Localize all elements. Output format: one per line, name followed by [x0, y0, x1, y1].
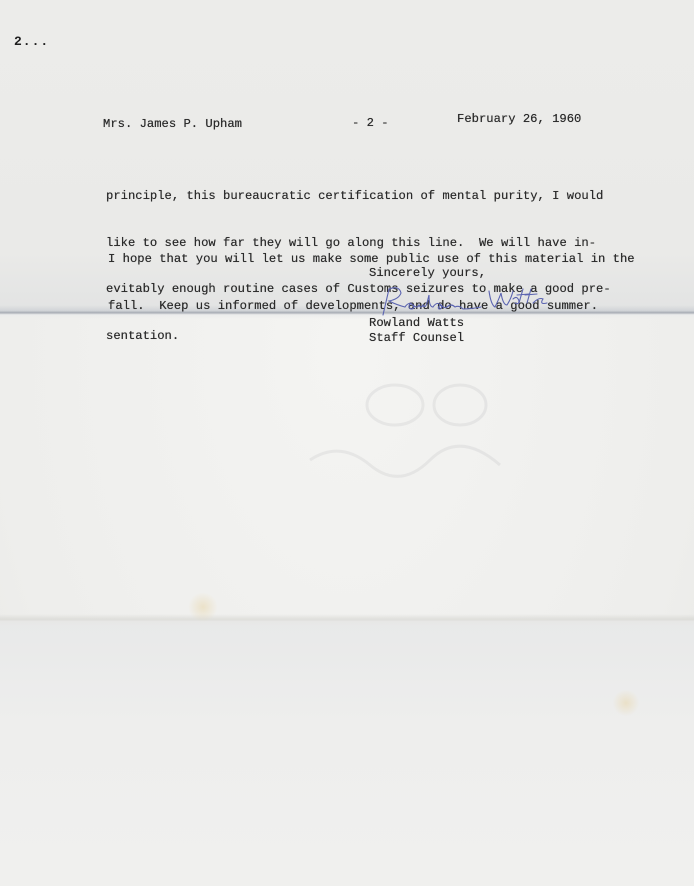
page-number: - 2 -	[352, 116, 389, 132]
bleed-through-mark	[300, 380, 530, 490]
signer-title: Staff Counsel	[369, 331, 464, 347]
handwritten-signature	[377, 283, 552, 319]
signer-name: Rowland Watts	[369, 316, 464, 332]
recipient-header: Mrs. James P. Upham	[103, 117, 242, 133]
paper-stain	[612, 690, 640, 716]
paragraph-line: principle, this bureaucratic certificati…	[106, 189, 611, 205]
letter-date: February 26, 1960	[457, 112, 581, 128]
bottom-fold-panel	[0, 620, 694, 886]
paper-stain	[188, 592, 218, 622]
closing-salutation: Sincerely yours,	[369, 266, 486, 282]
corner-page-mark: 2...	[14, 34, 49, 49]
letter-page: 2... Mrs. James P. Upham - 2 - February …	[0, 0, 694, 886]
paragraph-line: fall. Keep us informed of developments, …	[108, 299, 635, 315]
fold-line-lower	[0, 614, 694, 626]
